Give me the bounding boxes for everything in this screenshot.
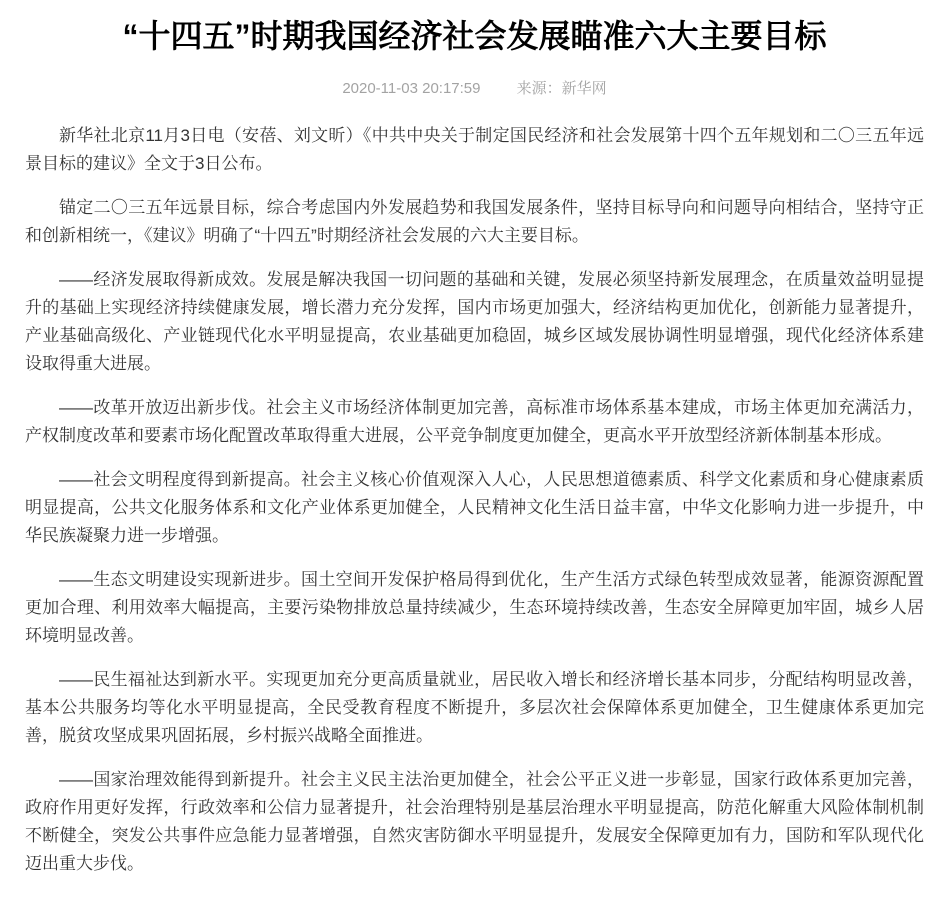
publish-datetime: 2020-11-03 20:17:59 (342, 80, 480, 98)
article-page: “十四五”时期我国经济社会发展瞄准六大主要目标 2020-11-03 20:17… (0, 0, 949, 919)
source-label: 来源： (517, 80, 562, 97)
article-paragraph-intro: 锚定二〇三五年远景目标，综合考虑国内外发展趋势和我国发展条件，坚持目标导向和问题… (25, 194, 924, 250)
article-paragraph-lead: 新华社北京11月3日电（安蓓、刘文昕）《中共中央关于制定国民经济和社会发展第十四… (25, 122, 924, 178)
article-paragraph-goal-livelihood: ——民生福祉达到新水平。实现更加充分更高质量就业，居民收入增长和经济增长基本同步… (25, 666, 924, 750)
source: 来源：新华网 (517, 80, 607, 98)
article-paragraph-goal-reform: ——改革开放迈出新步伐。社会主义市场经济体制更加完善，高标准市场体系基本建成，市… (25, 394, 924, 450)
article-meta: 2020-11-03 20:17:59 来源：新华网 (25, 80, 924, 98)
article-paragraph-goal-civility: ——社会文明程度得到新提高。社会主义核心价值观深入人心，人民思想道德素质、科学文… (25, 466, 924, 550)
source-name: 新华网 (562, 80, 607, 97)
article-paragraph-goal-ecology: ——生态文明建设实现新进步。国土空间开发保护格局得到优化，生产生活方式绿色转型成… (25, 566, 924, 650)
article-paragraph-goal-governance: ——国家治理效能得到新提升。社会主义民主法治更加健全，社会公平正义进一步彰显，国… (25, 766, 924, 878)
page-title: “十四五”时期我国经济社会发展瞄准六大主要目标 (25, 0, 924, 58)
article-body: 新华社北京11月3日电（安蓓、刘文昕）《中共中央关于制定国民经济和社会发展第十四… (25, 122, 924, 878)
article-paragraph-goal-economy: ——经济发展取得新成效。发展是解决我国一切问题的基础和关键，发展必须坚持新发展理… (25, 266, 924, 378)
